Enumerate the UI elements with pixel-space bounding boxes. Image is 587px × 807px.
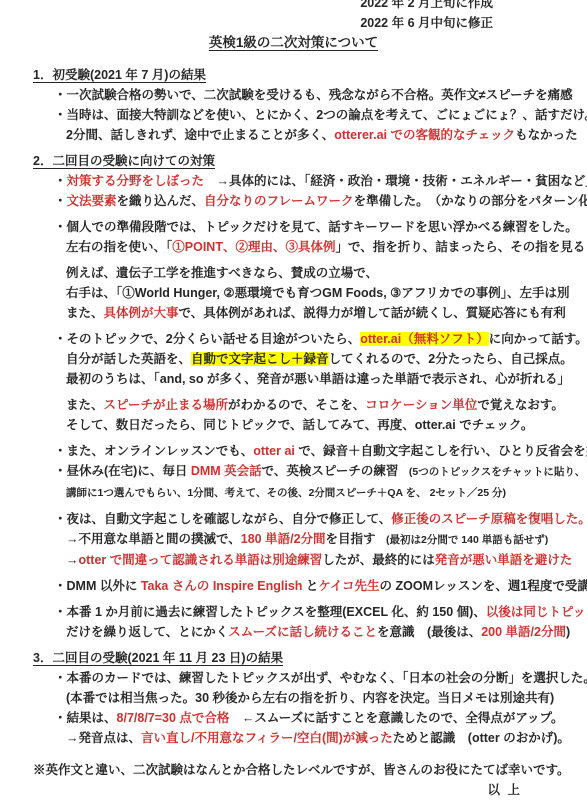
text-run: もなかった — [515, 128, 578, 142]
text-run: スピーチが止まる場所 — [104, 398, 229, 412]
text-run: 180 単語/2分間 — [241, 532, 326, 546]
text-run: ※英作文と違い、二次試験はなんとか合格したレベルですが、皆さんのお役にたてば幸い… — [33, 763, 570, 777]
bullet-line: ・本番 1 か月前に過去に練習したトピックスを整理(EXCEL 化、約 150 … — [0, 602, 587, 622]
text-run: →発音点は、 — [66, 731, 141, 745]
text-run: を準備した。 （かなりの部分をパターン化） — [354, 194, 587, 208]
text-run: 発音が悪い単語を避けた — [435, 553, 573, 567]
text-run: 8/7/8/7=30 点で合格 — [117, 711, 230, 725]
modified-note: 2022 年 6 月中旬に修正 — [0, 13, 493, 33]
section-1-heading: 1．初受験(2021 年 7 月)の結果 — [0, 65, 587, 85]
continuation-line: 最初のうちは、「and, so が多く、発音が悪い単語は違った単語で表示され、心… — [0, 369, 587, 389]
text-run: 自分が話した英語を、 — [66, 352, 191, 366]
document-body: 1．初受験(2021 年 7 月)の結果・一次試験合格の勢いで、二次試験を受ける… — [0, 65, 587, 800]
text-run: otter.ai（無料ソフト） — [360, 332, 489, 346]
text-run: で覚えなおす。 — [477, 398, 564, 412]
text-run: 3．二回目の受験(2021 年 11 月 23 日)の結果 — [33, 651, 283, 665]
bullet-line: ・一次試験合格の勢いで、二次試験を受けるも、残念ながら不合格。英作文≠スピーチを… — [0, 85, 587, 105]
text-run: 自分なりのフレームワーク — [204, 194, 354, 208]
bullet-line: ・夜は、自動文字起こしを確認しながら、自分で修正して、修正後のスピーチ原稿を復唱… — [0, 509, 587, 529]
text-run: (本番では相当焦った。30 秒後から左右の指を折り、内容を決定。当日メモは別途共… — [66, 691, 554, 705]
page-title: 英検1級の二次対策について — [0, 33, 587, 53]
text-run: を目指す — [326, 532, 376, 546]
text-run: ・本番のカードでは、練習したトピックスが出ず、やむなく、「日本の社会の分断」を選… — [54, 671, 587, 685]
text-run: ・そのトピックで、2分くらい話せる目途がついたら、 — [54, 332, 360, 346]
text-run: 自動で文字起こし＋録音 — [191, 352, 329, 366]
text-run: ・夜は、自動文字起こしを確認しながら、自分で修正して、 — [54, 512, 391, 526]
text-run: そして、数日だったら、同じトピックで、話してみて、再度、otter.ai でチェ… — [66, 418, 533, 432]
bullet-line: ・本番のカードでは、練習したトピックスが出ず、やむなく、「日本の社会の分断」を選… — [0, 668, 587, 688]
text-run: ためと認識 (otter のおかげ)。 — [393, 731, 570, 745]
text-run: ・ — [54, 174, 67, 188]
bullet-line: ・そのトピックで、2分くらい話せる目途がついたら、otter.ai（無料ソフト）… — [0, 329, 587, 349]
text-run: →不用意な単語と間の撲滅で、 — [66, 532, 241, 546]
text-run: 2分間、話しきれず、途中で止まることが多く、 — [66, 128, 334, 142]
text-run: がわかるので、そこを、 — [228, 398, 365, 412]
text-run: を織り込んだ、 — [117, 194, 205, 208]
text-run: ・また、オンラインレッスンでも、 — [54, 444, 253, 458]
text-run: ・一次試験合格の勢いで、二次試験を受けるも、残念ながら不合格。英作文≠スピーチを… — [54, 88, 573, 102]
text-run: の ZOOMレッスンを、週1程度で受講。 — [380, 579, 587, 593]
bullet-line: ・文法要素を織り込んだ、自分なりのフレームワークを準備した。 （かなりの部分をパ… — [0, 191, 587, 211]
text-run: ・個人での準備段階では、トピックだけを見て、話すキーワードを思い浮かべる練習をし… — [54, 220, 578, 234]
continuation-line: また、スピーチが止まる場所がわかるので、そこを、コロケーション単位で覚えなおす。 — [0, 395, 587, 415]
bullet-line: ・当時は、面接大特訓などを使い、とにかく、2つの論点を考えて、ごにょごにょ？、話… — [0, 105, 587, 125]
text-run: と — [302, 579, 318, 593]
text-run: 例えば、遺伝子工学を推進すべきなら、賛成の立場で、 — [66, 266, 378, 280]
bullet-line: ・また、オンラインレッスンでも、otter ai で、録音＋自動文字起こしを行い… — [0, 441, 587, 461]
text-run: 講師に1つ選んでもらい、1分間、考えて、その後、2分間スピーチ＋QA を、 2セ… — [66, 487, 506, 499]
text-run: → — [66, 553, 79, 567]
text-run: したが、最終的には — [322, 553, 435, 567]
text-run: ・ — [54, 194, 67, 208]
continuation-line: 2分間、話しきれず、途中で止まることが多く、otterer.ai での客観的なチ… — [0, 125, 587, 145]
text-run: otter ai — [253, 444, 295, 458]
text-run: (最初は2分間で 140 単語も話せず) — [376, 534, 549, 546]
closing-mark: 以 上 — [0, 780, 587, 800]
text-run: 文法要素 — [67, 194, 117, 208]
continuation-line: →otter で間違って認識される単語は別途練習したが、最終的には発音が悪い単語… — [0, 550, 587, 570]
text-run: 対策する分野をしぼった — [67, 174, 205, 188]
created-note: 2022 年 2 月上旬に作成 — [0, 0, 493, 13]
bullet-line: ・対策する分野をしぼった →具体的には、「経済・政治・環境・技術・エネルギー・貧… — [0, 171, 587, 191]
continuation-line: (本番では相当焦った。30 秒後から左右の指を折り、内容を決定。当日メモは別途共… — [0, 688, 587, 708]
text-run: 200 単語/2分間 — [481, 625, 566, 639]
text-run: DMM 英会話 — [191, 464, 262, 478]
text-run: スムーズに話し続けること — [228, 625, 377, 639]
text-run: 左右の指を使い、「 — [66, 240, 172, 254]
revision-notes: 2022 年 2 月上旬に作成 2022 年 6 月中旬に修正 — [0, 0, 587, 33]
text-run: 具体例が大事 — [104, 306, 179, 320]
text-run: (5つのトピックスをチャットに貼り、 — [398, 466, 585, 478]
text-run: 以 上 — [488, 783, 522, 797]
continuation-line: また、具体例が大事で、具体例があれば、説得力が増して話が続くし、質疑応答にも有利 — [0, 303, 587, 323]
continuation-line: →不用意な単語と間の撲滅で、180 単語/2分間を目指す (最初は2分間で 14… — [0, 529, 587, 550]
document-page: 2022 年 2 月上旬に作成 2022 年 6 月中旬に修正 英検1級の二次対… — [0, 0, 587, 800]
section-2-heading: 2．二回目の受験に向けての対策 — [0, 151, 587, 171]
text-run: で、英検スピーチの練習 — [262, 464, 399, 478]
text-run: otter で間違って認識される単語は別途練習 — [79, 553, 323, 567]
text-run: また、 — [66, 306, 104, 320]
text-run: 2．二回目の受験に向けての対策 — [33, 154, 215, 168]
text-run: ・本番 1 か月前に過去に練習したトピックスを整理(EXCEL 化、約 150 … — [54, 605, 486, 619]
text-run: ←スムーズに話すことを意識したので、全得点がアップ。 — [229, 711, 563, 725]
text-run: ・当時は、面接大特訓などを使い、とにかく、2つの論点を考えて、ごにょごにょ？、話… — [54, 108, 587, 122]
text-run: ・DMM 以外に — [54, 579, 141, 593]
section-3-heading: 3．二回目の受験(2021 年 11 月 23 日)の結果 — [0, 648, 587, 668]
text-run: だけを繰り返して、とにかく — [66, 625, 228, 639]
continuation-line: 例えば、遺伝子工学を推進すべきなら、賛成の立場で、 — [0, 263, 587, 283]
continuation-line: 講師に1つ選んでもらい、1分間、考えて、その後、2分間スピーチ＋QA を、 2セ… — [0, 482, 587, 503]
text-run: 」で、指を折り、詰まったら、その指を見る — [335, 240, 585, 254]
continuation-line: だけを繰り返して、とにかくスムーズに話し続けることを意識 (最後は、200 単語… — [0, 622, 587, 642]
text-run: コロケーション単位 — [365, 398, 477, 412]
bullet-line: ・昼休み(在宅)に、毎日 DMM 英会話で、英検スピーチの練習 (5つのトピック… — [0, 461, 587, 482]
text-run: otterer.ai での客観的なチェック — [334, 128, 515, 142]
bullet-line: ・結果は、8/7/8/7=30 点で合格 ←スムーズに話すことを意識したので、全… — [0, 708, 587, 728]
continuation-line: 左右の指を使い、「①POINT、②理由、③具体例」で、指を折り、詰まったら、その… — [0, 237, 587, 257]
continuation-line: 自分が話した英語を、自動で文字起こし＋録音してくれるので、2分たったら、自己採点… — [0, 349, 587, 369]
continuation-line: 右手は、「①World Hunger, ②悪環境でも育つGM Foods, ③ア… — [0, 283, 587, 303]
text-run: ケイコ先生 — [318, 579, 379, 593]
text-run: ) — [566, 625, 570, 639]
text-run: ・結果は、 — [54, 711, 117, 725]
continuation-line: →発音点は、言い直し/不用意なフィラー/空白(間)が減ったためと認識 (otte… — [0, 728, 587, 748]
bullet-line: ・個人での準備段階では、トピックだけを見て、話すキーワードを思い浮かべる練習をし… — [0, 217, 587, 237]
text-run: 以後は同じトピック — [486, 605, 587, 619]
text-run: 右手は、「①World Hunger, ②悪環境でも育つGM Foods, ③ア… — [66, 286, 570, 300]
text-run: また、 — [66, 398, 104, 412]
text-run: ・昼休み(在宅)に、毎日 — [54, 464, 191, 478]
text-run: を意識 (最後は、 — [377, 625, 481, 639]
footer-note: ※英作文と違い、二次試験はなんとか合格したレベルですが、皆さんのお役にたてば幸い… — [0, 760, 587, 780]
text-run: で、具体例があれば、説得力が増して話が続くし、質疑応答にも有利 — [179, 306, 566, 320]
text-run: 修正後のスピーチ原稿を復唱した。 — [391, 512, 587, 526]
text-run: →具体的には、「経済・政治・環境・技術・エネルギー・貧困など」 — [204, 174, 587, 188]
text-run: で、録音＋自動文字起こしを行い、ひとり反省会を実施。 — [295, 444, 587, 458]
text-run: 1．初受験(2021 年 7 月)の結果 — [33, 68, 206, 82]
text-run: 言い直し/不用意なフィラー/空白(間)が減った — [141, 731, 393, 745]
text-run: ①POINT、②理由、③具体例 — [172, 240, 335, 254]
text-run: Taka さんの Inspire English — [141, 579, 303, 593]
bullet-line: ・DMM 以外に Taka さんの Inspire English とケイコ先生… — [0, 576, 587, 596]
continuation-line: そして、数日だったら、同じトピックで、話してみて、再度、otter.ai でチェ… — [0, 415, 587, 435]
text-run: に向かって話す。 — [489, 332, 587, 346]
text-run: 最初のうちは、「and, so が多く、発音が悪い単語は違った単語で表示され、心… — [66, 372, 570, 386]
text-run: してくれるので、2分たったら、自己採点。 — [329, 352, 573, 366]
